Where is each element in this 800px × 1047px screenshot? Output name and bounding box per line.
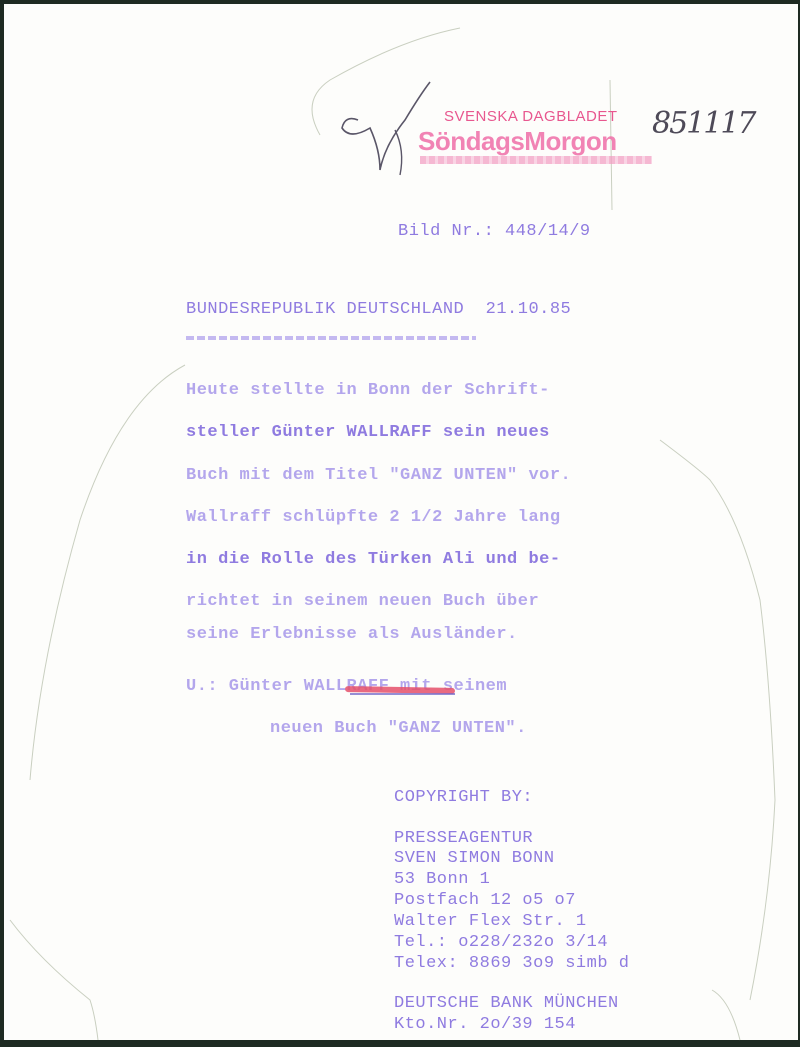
address-line: PRESSEAGENTUR	[394, 829, 533, 848]
headline: BUNDESREPUBLIK DEUTSCHLAND 21.10.85	[186, 300, 571, 319]
body-line: Wallraff schlüpfte 2 1/2 Jahre lang	[186, 508, 561, 527]
bank-line: DEUTSCHE BANK MÜNCHEN	[394, 994, 619, 1013]
headline-underline	[186, 336, 476, 340]
address-line: Walter Flex Str. 1	[394, 912, 587, 931]
bank-line: Kto.Nr. 2o/39 154	[394, 1015, 576, 1034]
body-line: richtet in seinem neuen Buch über	[186, 592, 539, 611]
blue-pen-underline	[350, 693, 455, 695]
address-line: SVEN SIMON BONN	[394, 849, 555, 868]
image-number: Bild Nr.: 448/14/9	[398, 222, 591, 241]
stamp-edition: SöndagsMorgon	[418, 126, 617, 157]
newspaper-stamp: SVENSKA DAGBLADET SöndagsMorgon	[418, 108, 658, 170]
body-line: Heute stellte in Bonn der Schrift-	[186, 381, 550, 400]
body-line: seine Erlebnisse als Ausländer.	[186, 625, 518, 644]
address-line: Telex: 8869 3o9 simb d	[394, 954, 629, 973]
body-line: Buch mit dem Titel "GANZ UNTEN" vor.	[186, 466, 571, 485]
body-line: in die Rolle des Türken Ali und be-	[186, 550, 561, 569]
stamp-publisher: SVENSKA DAGBLADET	[444, 108, 618, 125]
handwritten-number: 851117	[652, 106, 755, 141]
address-line: Tel.: o228/232o 3/14	[394, 933, 608, 952]
caption-line: neuen Buch "GANZ UNTEN".	[270, 719, 527, 738]
address-line: 53 Bonn 1	[394, 870, 490, 889]
address-line: Postfach 12 o5 o7	[394, 891, 576, 910]
copyright-label: COPYRIGHT BY:	[394, 788, 533, 807]
stamp-smudge	[420, 156, 652, 164]
body-line: steller Günter WALLRAFF sein neues	[186, 423, 550, 442]
